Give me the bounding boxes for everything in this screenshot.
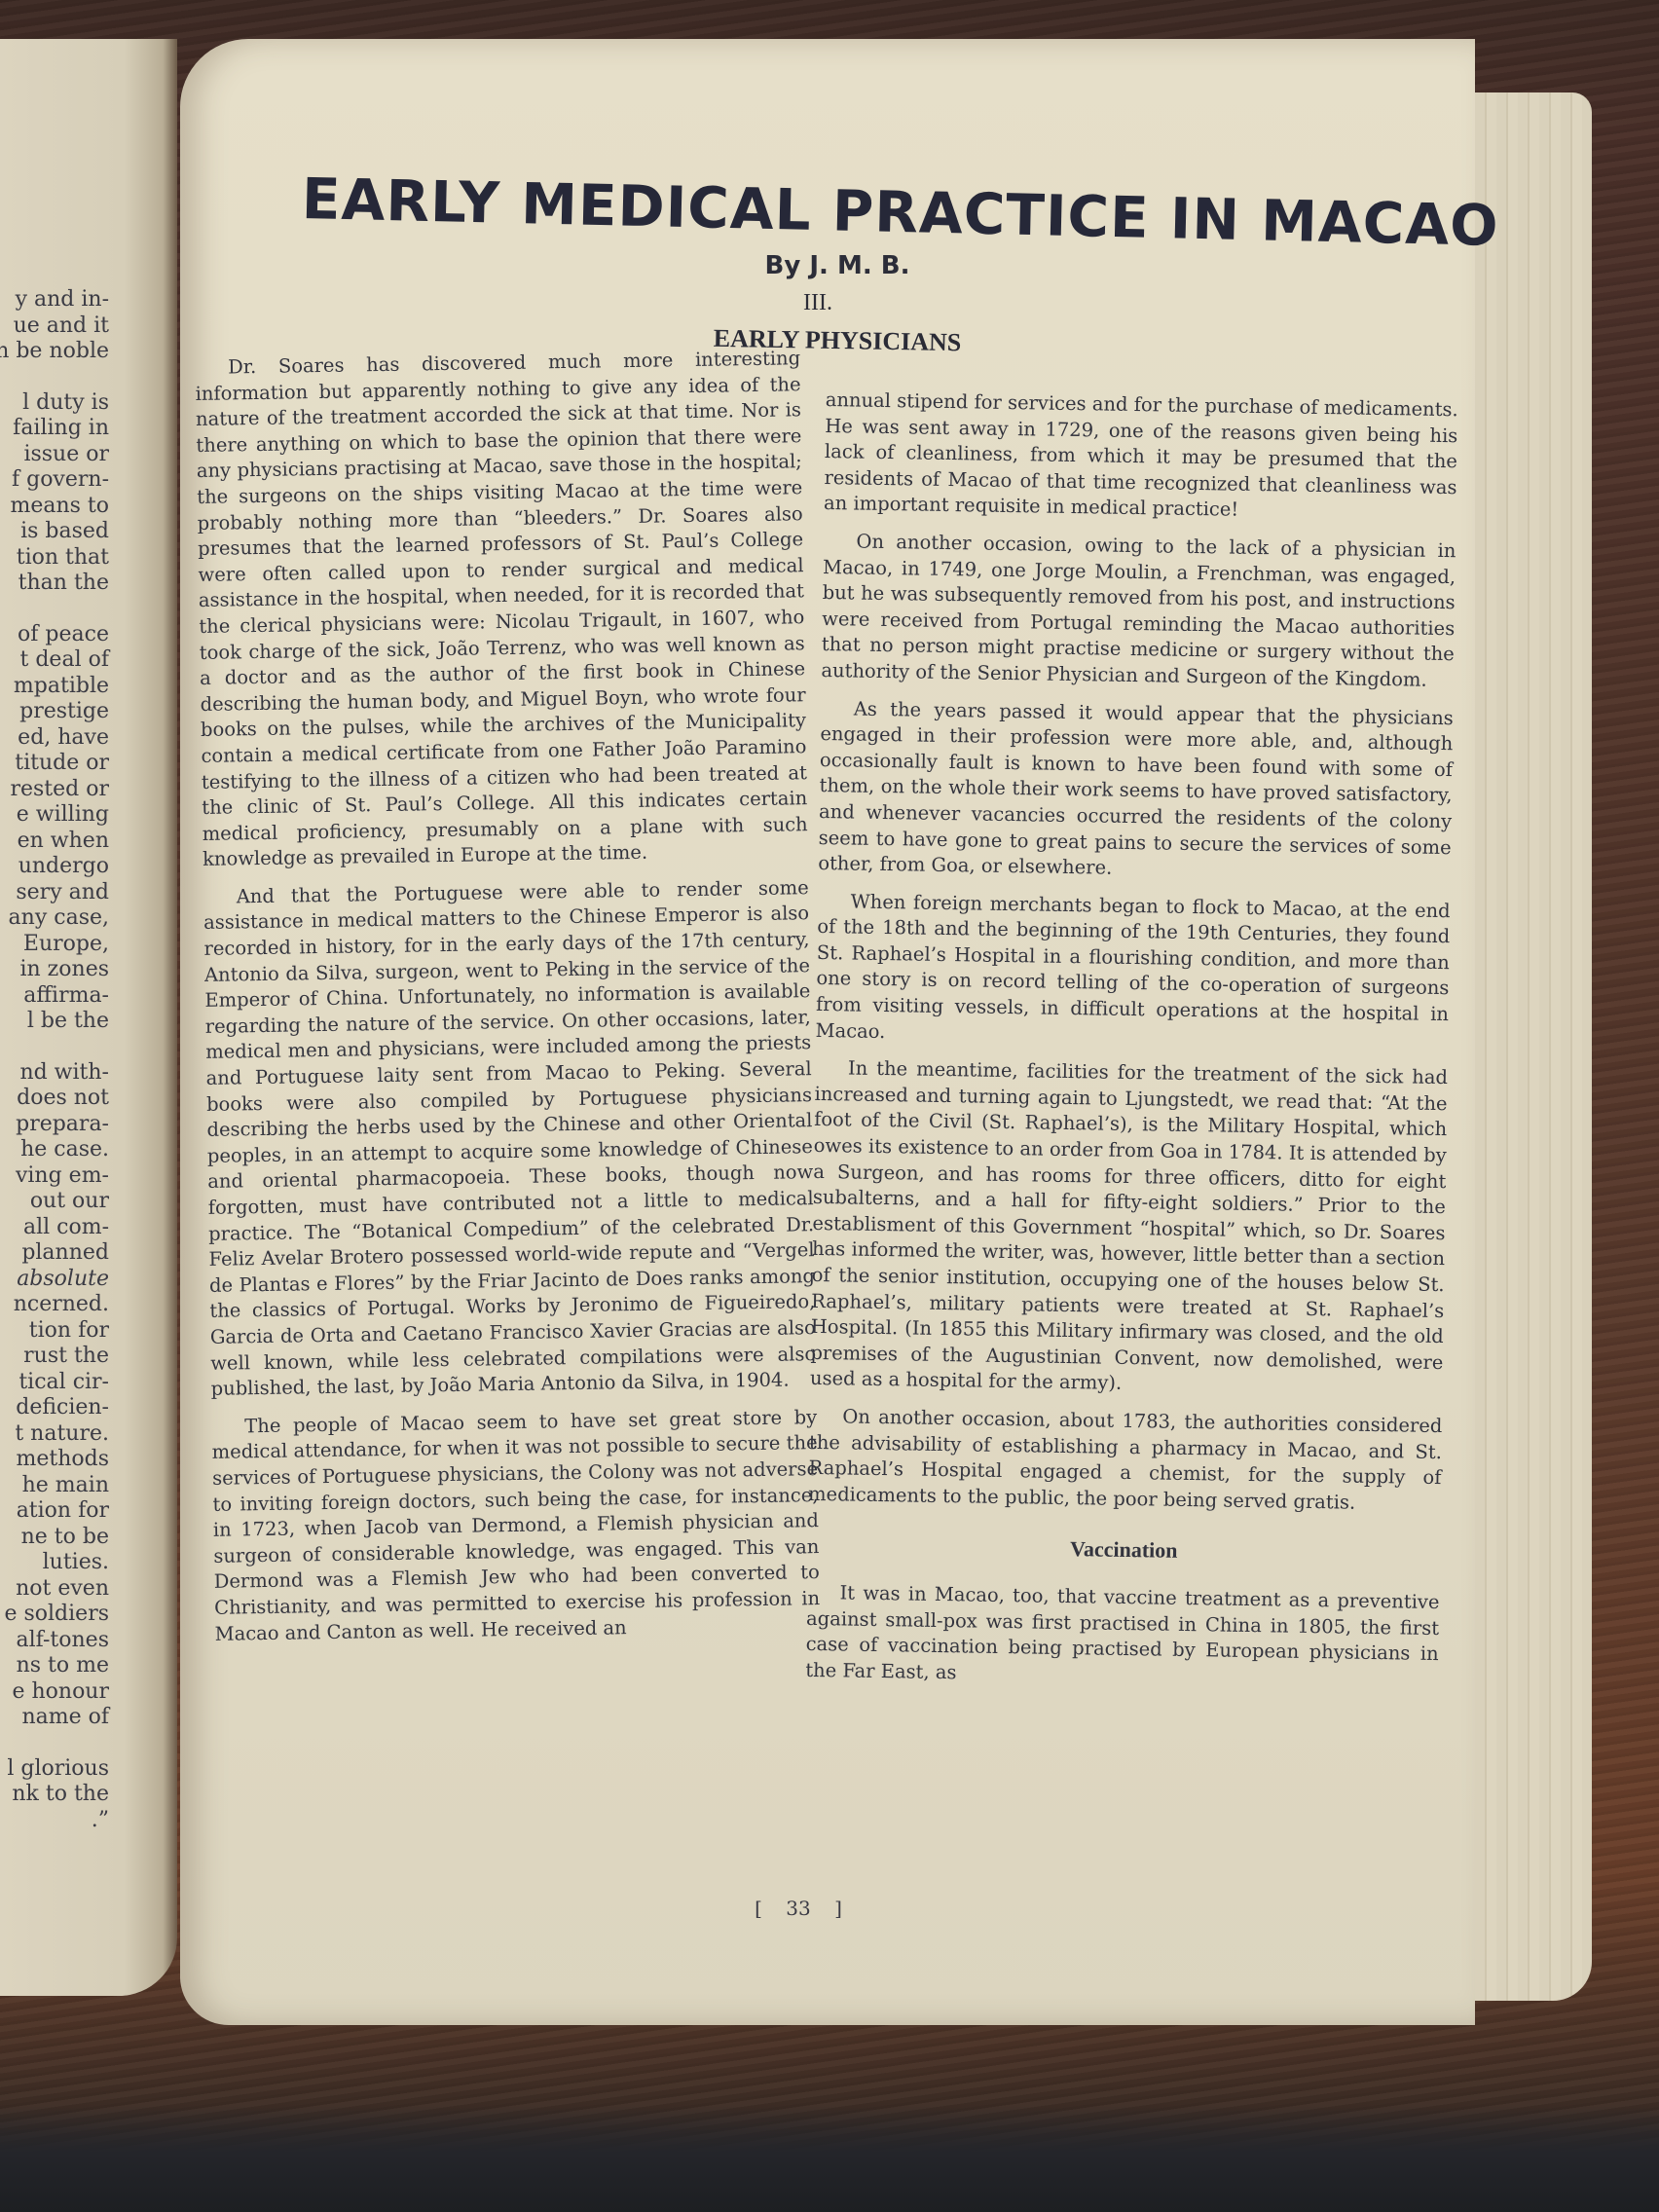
text-fragment: ving em- [0,1163,109,1190]
text-fragment: tical cir- [0,1370,109,1396]
paragraph: In the meantime, facilities for the trea… [810,1055,1448,1402]
left-text-column: Dr. Soares has discovered much more inte… [195,346,821,1659]
text-fragment: methods [0,1447,109,1473]
text-fragment: ed, have [0,725,109,752]
text-fragment: l glorious [0,1756,109,1783]
text-fragment: does not [0,1086,109,1112]
text-fragment: ne to be [0,1525,109,1551]
paragraph-continued: annual stipend for services and for the … [824,387,1458,527]
text-fragment: titude or [0,751,109,777]
text-fragment: l duty is [0,390,109,417]
text-fragment: of peace [0,622,109,648]
text-fragment: en when [0,829,109,855]
text-fragment: f govern- [0,467,109,494]
right-text-column: annual stipend for services and for the … [805,387,1458,1705]
paragraph-gap [0,1731,109,1756]
facing-page-text-fragments: y and in-ue and itn be noblel duty isfai… [0,287,109,1833]
paragraph-gap [0,597,109,622]
paragraph: When foreign merchants began to flock to… [815,889,1450,1054]
text-fragment: y and in- [0,287,109,313]
text-fragment: alf-tones [0,1628,109,1654]
page-stack-edge [1475,92,1592,2001]
facing-page-left: y and in-ue and itn be noblel duty isfai… [0,39,177,1996]
text-fragment: any case, [0,905,109,932]
paragraph: It was in Macao, too, that vaccine treat… [805,1580,1440,1694]
text-fragment: e willing [0,802,109,829]
text-fragment: l be the [0,1009,109,1035]
text-fragment: name of [0,1705,109,1731]
text-fragment: ue and it [0,313,109,340]
text-fragment: nk to the [0,1782,109,1808]
text-fragment: not even [0,1576,109,1603]
text-fragment: n be noble [0,339,109,365]
text-fragment: ns to me [0,1653,109,1679]
text-fragment: rust the [0,1344,109,1370]
text-fragment: in zones [0,957,109,983]
text-fragment: nd with- [0,1060,109,1087]
paragraph: And that the Portuguese were able to ren… [203,875,817,1403]
text-fragment: Europe, [0,932,109,958]
text-fragment: deficien- [0,1395,109,1421]
paragraph-gap [0,365,109,390]
paragraph-gap [0,1035,109,1060]
text-fragment: mpatible [0,674,109,700]
paragraph: On another occasion, owing to the lack o… [821,529,1456,694]
text-fragment: undergo [0,854,109,880]
text-fragment: rested or [0,777,109,803]
text-fragment: e honour [0,1679,109,1706]
text-fragment: affirma- [0,983,109,1010]
text-fragment: prestige [0,699,109,725]
text-fragment: tion that [0,545,109,571]
article-byline: By J. M. B. [682,251,993,280]
text-fragment: all com- [0,1215,109,1241]
text-fragment: t nature. [0,1421,109,1448]
subheading-vaccination: Vaccination [807,1532,1440,1568]
text-fragment: tion for [0,1318,109,1345]
text-fragment: failing in [0,416,109,442]
text-fragment: luties. [0,1550,109,1576]
text-fragment: ation for [0,1498,109,1525]
text-fragment: prepara- [0,1112,109,1138]
paragraph: Dr. Soares has discovered much more inte… [195,346,808,873]
text-fragment: ncerned. [0,1292,109,1318]
text-fragment: planned [0,1240,109,1267]
text-fragment: .” [0,1808,109,1834]
text-fragment: out our [0,1189,109,1215]
text-fragment: issue or [0,442,109,468]
text-fragment: e soldiers [0,1602,109,1628]
text-fragment: t deal of [0,647,109,674]
text-fragment: than the [0,571,109,597]
part-numeral: III. [701,290,935,316]
paragraph: As the years passed it would appear that… [818,695,1454,886]
paragraph: On another occasion, about 1783, the aut… [808,1404,1443,1518]
paragraph: The people of Macao seem to have set gre… [211,1405,821,1647]
dark-fabric-edge [0,2105,1659,2212]
text-fragment: sery and [0,880,109,906]
page-number: [ 33 ] [740,1897,857,1920]
text-fragment: he case. [0,1137,109,1163]
text-fragment: absolute [0,1267,109,1293]
text-fragment: he main [0,1473,109,1499]
text-fragment: means to [0,494,109,520]
text-fragment: is based [0,519,109,545]
